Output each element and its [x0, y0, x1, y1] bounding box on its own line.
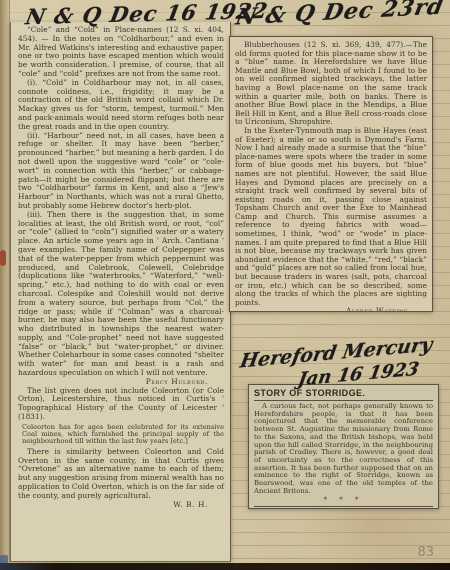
clipping-paragraph-iii: (iii). Then there is the suggestion that… — [18, 211, 224, 378]
clipping-headline: STORY OF STORRIDGE. — [254, 388, 433, 401]
red-ink-mark — [0, 250, 6, 266]
section-separator-stars: * * * — [254, 496, 433, 504]
clipping-followup-paragraph-2: There is similarity between Coleorton an… — [18, 448, 224, 501]
clipping-followup-paragraph: The list given does not include Coleorto… — [18, 387, 224, 422]
photo-bottom-edge — [0, 563, 450, 570]
clipping-paragraph-i: (i). “Cold” in Coldharbour may not, in a… — [18, 79, 224, 132]
clipping-paragraph-ii: (ii). “Harbour” need not, in all cases, … — [18, 132, 224, 211]
page-number: 83 — [417, 545, 434, 560]
clipping-paragraph: In the Exeter-Tynmouth map is Blue Hayes… — [235, 127, 427, 307]
page-binding-edge — [0, 0, 10, 563]
clipping-cole-and-cold-placenames: “Cole” and “Cold” in Place-names (12 S. … — [10, 22, 231, 562]
clipping-next-headline: ANCIENT LINEAGE. — [254, 506, 433, 509]
signature-alfred-watkins: Alfred Watkins. — [235, 307, 427, 312]
signature-wbh: W. B. H. — [18, 501, 224, 510]
clipping-story-of-storridge: STORY OF STORRIDGE. A curious fact, not … — [248, 384, 439, 509]
clipping-body-text: A curious fact, not perhaps generally kn… — [254, 403, 433, 495]
clipping-paragraph: Blubberhouses (12 S. xi. 369, 439, 477).… — [235, 41, 427, 127]
clipping-inset-quote: Coleorton has for ages been celebrated f… — [22, 424, 224, 446]
clipping-intro-paragraph: “Cole” and “Cold” in Place-names (12 S. … — [18, 26, 224, 79]
clipping-blubberhouses: Blubberhouses (12 S. xi. 369, 439, 477).… — [229, 36, 433, 312]
